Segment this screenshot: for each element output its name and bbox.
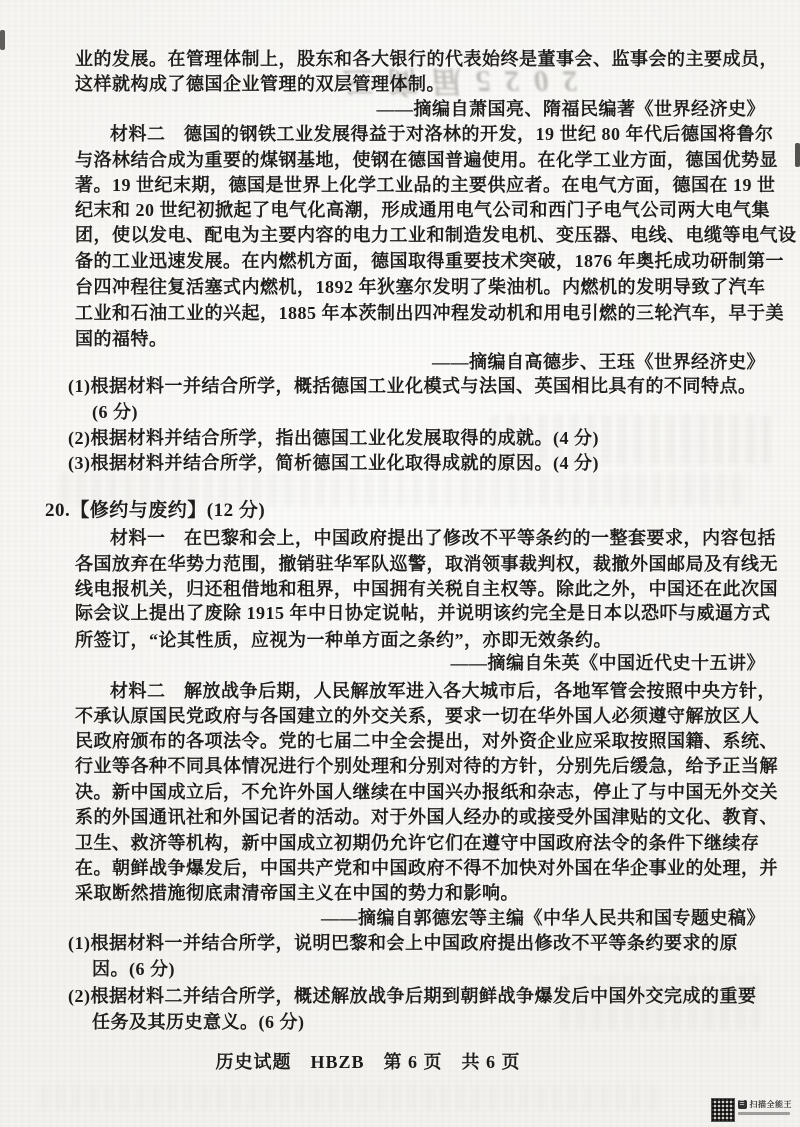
q20-subquestion-2-cont: 任务及其历史意义。(6 分) bbox=[92, 1011, 305, 1033]
q20-material2-line: 系的外国通讯社和外国记者的活动。对于外国人经办的或接受外国津贴的文化、教育、 bbox=[75, 806, 778, 828]
q20-heading: 20.【修约与废约】(12 分) bbox=[45, 500, 265, 522]
q19-subquestion-1: (1)根据材料一并结合所学，概括德国工业化模式与法国、英国相比具有的不同特点。 bbox=[68, 375, 757, 397]
scanned-exam-page: 2025届高三 业的发展。在管理体制上，股东和各大银行的代表始终是董事会、监事会… bbox=[0, 0, 800, 1127]
q19-continuation-line: 这样就构成了德国企业管理的双层管理体制。 bbox=[75, 73, 445, 95]
q20-subquestion-1: (1)根据材料一并结合所学，说明巴黎和会上中国政府提出修改不平等条约要求的原 bbox=[68, 932, 738, 954]
q20-material2-line: 行业等各种不同具体情况进行个别处理和分别对待的方针，分别先后缓急，给予正当解 bbox=[75, 755, 778, 777]
q19-material2-line: 台四冲程往复活塞式内燃机，1892 年狄塞尔发明了柴油机。内燃机的发明导致了汽车 bbox=[75, 276, 766, 298]
scan-speck bbox=[0, 30, 5, 50]
camscanner-logo-icon: ☰ bbox=[738, 1100, 747, 1109]
q20-material2-line: 决。新中国成立后，不允许外国人继续在中国兴办报纸和杂志，停止了与中国无外交关 bbox=[75, 781, 778, 803]
q20-subquestion-2: (2)根据材料二并结合所学，概述解放战争后期到朝鲜战争爆发后中国外交完成的重要 bbox=[68, 985, 757, 1007]
q20-subquestion-1-cont: 因。(6 分) bbox=[92, 958, 175, 980]
q19-source-citation-2: ——摘编自高德步、王珏《世界经济史》 bbox=[432, 351, 765, 373]
scan-smudge bbox=[40, 1085, 660, 1111]
q19-subquestion-1-cont: (6 分) bbox=[92, 401, 138, 423]
q20-material2-line: 在。朝鲜战争爆发后，中国共产党和中国政府不得不加快对外国在华企事业的处理，并 bbox=[75, 857, 778, 879]
q19-material2-line: 著。19 世纪末期，德国是世界上化学工业品的主要供应者。在电气方面，德国在 19… bbox=[75, 174, 776, 196]
q19-continuation-line: 业的发展。在管理体制上，股东和各大银行的代表始终是董事会、监事会的主要成员， bbox=[75, 48, 778, 70]
q19-material2-line: 材料二 德国的钢铁工业发展得益于对洛林的开发，19 世纪 80 年代后德国将鲁尔 bbox=[110, 123, 774, 145]
q19-material2-line: 纪末和 20 世纪初掀起了电气化高潮，形成通用电气公司和西门子电气公司两大电气集 bbox=[75, 199, 770, 221]
q19-material2-line: 团，使以发电、配电为主要内容的电力工业和制造发电机、变压器、电线、电缆等电气设 bbox=[75, 224, 797, 246]
q20-material1-line: 各国放弃在华势力范围，撤销驻华军队巡警，取消领事裁判权，裁撤外国邮局及有线无 bbox=[75, 553, 778, 575]
q20-material2-line: 采取断然措施彻底肃清帝国主义在中国的势力和影响。 bbox=[75, 882, 519, 904]
q20-material1-line: 际会议上提出了废除 1915 年中日协定说帖，并说明该约完全是日本以恐吓与威逼方… bbox=[75, 602, 771, 624]
page-footer: 历史试题 HBZB 第 6 页 共 6 页 bbox=[0, 1051, 736, 1073]
q19-material2-line: 与洛林结合成为重要的煤钢基地，使钢在德国普遍使用。在化学工业方面，德国优势显 bbox=[75, 149, 778, 171]
q19-material2-line: 国的福特。 bbox=[75, 328, 168, 350]
q20-material2-line: 材料二 解放战争后期，人民解放军进入各大城市后，各地军管会按照中央方针， bbox=[110, 680, 776, 702]
scan-speck bbox=[795, 143, 800, 167]
q20-material1-line: 所签订，“论其性质，应视为一种单方面之条约”，亦即无效条约。 bbox=[75, 629, 612, 651]
q19-subquestion-3: (3)根据材料并结合所学，简析德国工业化取得成就的原因。(4 分) bbox=[68, 452, 599, 474]
q19-material2-line: 备的工业迅速发展。在内燃机方面，德国取得重要技术突破，1876 年奥托成功研制第… bbox=[75, 250, 784, 272]
q20-material1-line: 线电报机关，归还租借地和租界，中国拥有关税自主权等。除此之外，中国还在此次国 bbox=[75, 578, 778, 600]
qr-code-icon bbox=[712, 1099, 734, 1121]
q20-material2-line: 不承认原国民党政府与各国建立的外交关系，要求一切在华外国人必须遵守解放区人 bbox=[75, 705, 760, 727]
q19-source-citation-1: ——摘编自萧国亮、隋福民编著《世界经济史》 bbox=[377, 98, 766, 120]
watermark-brand-text: 扫描全能王 bbox=[750, 1099, 793, 1110]
q20-material2-line: 卫生、救济等机构，新中国成立初期仍允许它们在遵守中国政府法令的条件下继续存 bbox=[75, 832, 760, 854]
q20-source-citation-2: ——摘编自郭德宏等主编《中华人民共和国专题史稿》 bbox=[321, 907, 765, 929]
q20-material2-line: 民政府颁布的各项法令。党的七届二中全会提出，对外资企业应采取按照国籍、系统、 bbox=[75, 730, 778, 752]
q19-subquestion-2: (2)根据材料并结合所学，指出德国工业化发展取得的成就。(4 分) bbox=[68, 427, 599, 449]
scanner-watermark: ☰ 扫描全能王 bbox=[712, 1099, 793, 1121]
q20-material1-line: 材料一 在巴黎和会上，中国政府提出了修改不平等条约的一整套要求，内容包括 bbox=[110, 527, 776, 549]
q19-material2-line: 工业和石油工业的兴起，1885 年本茨制出四冲程发动机和用电引燃的三轮汽车，早于… bbox=[75, 302, 784, 324]
q20-source-citation-1: ——摘编自朱英《中国近代史十五讲》 bbox=[451, 652, 766, 674]
watermark-subtitle-bar bbox=[738, 1112, 790, 1115]
